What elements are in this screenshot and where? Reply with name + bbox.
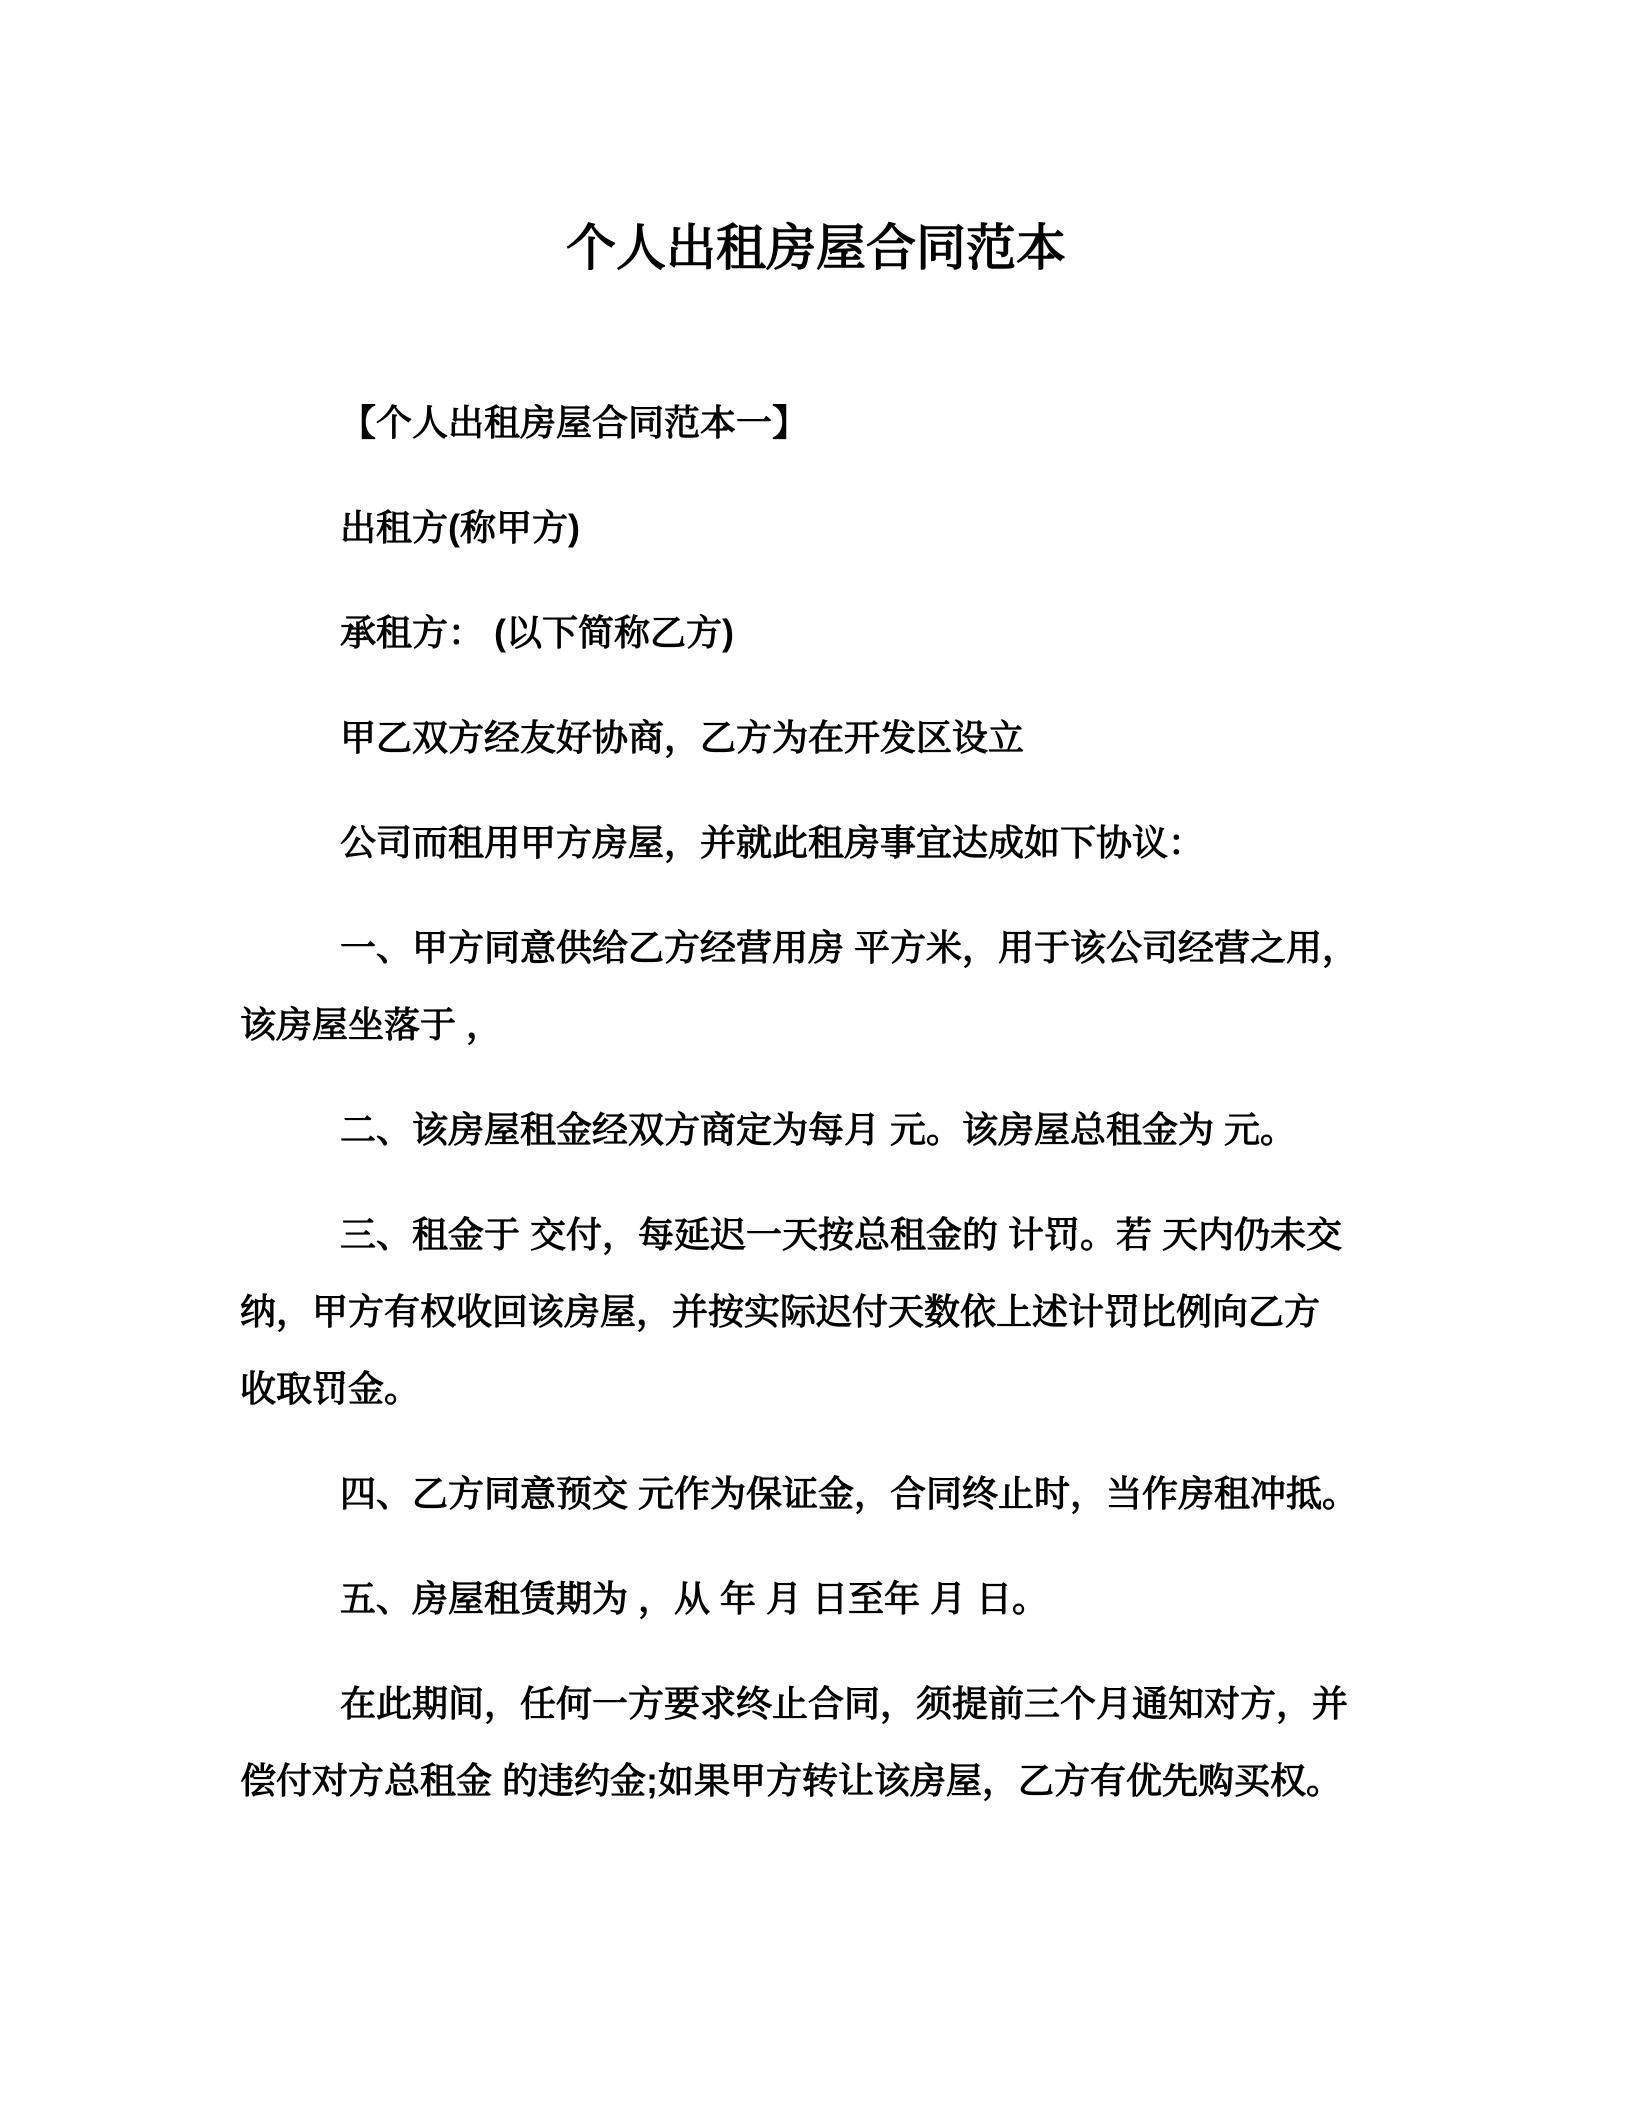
clause-2-line: 二、该房屋租金经双方商定为每月 元。该房屋总租金为 元。 [240, 1112, 1394, 1148]
clause-3-line: 收取罚金。 [240, 1371, 1394, 1407]
document-body: 【个人出租房屋合同范本一】 出租方(称甲方) 承租方： (以下简称乙方) 甲乙双… [240, 405, 1394, 1799]
clause-1-line: 一、甲方同意供给乙方经营用房 平方米，用于该公司经营之用， [240, 930, 1394, 966]
lessee-line: 承租方： (以下简称乙方) [240, 615, 1394, 651]
section-heading: 【个人出租房屋合同范本一】 [240, 405, 1394, 441]
termination-line: 偿付对方总租金 的违约金;如果甲方转让该房屋，乙方有优先购买权。 [240, 1763, 1394, 1799]
termination-line: 在此期间，任何一方要求终止合同，须提前三个月通知对方，并 [240, 1686, 1394, 1722]
lessor-line: 出租方(称甲方) [240, 510, 1394, 546]
clause-4-line: 四、乙方同意预交 元作为保证金，合同终止时，当作房租冲抵。 [240, 1476, 1394, 1512]
document-title: 个人出租房屋合同范本 [0, 0, 1632, 273]
clause-1-line: 该房屋坐落于 ， [240, 1007, 1394, 1043]
clause-5-line: 五、房屋租赁期为 ，从 年 月 日至年 月 日。 [240, 1581, 1394, 1617]
clause-3-line: 纳，甲方有权收回该房屋，并按实际迟付天数依上述计罚比例向乙方 [240, 1294, 1394, 1330]
document-page: 个人出租房屋合同范本 【个人出租房屋合同范本一】 出租方(称甲方) 承租方： (… [0, 0, 1632, 2112]
preamble-line: 甲乙双方经友好协商，乙方为在开发区设立 [240, 720, 1394, 756]
preamble-line: 公司而租用甲方房屋，并就此租房事宜达成如下协议： [240, 825, 1394, 861]
clause-3-line: 三、租金于 交付，每延迟一天按总租金的 计罚。若 天内仍未交 [240, 1217, 1394, 1253]
